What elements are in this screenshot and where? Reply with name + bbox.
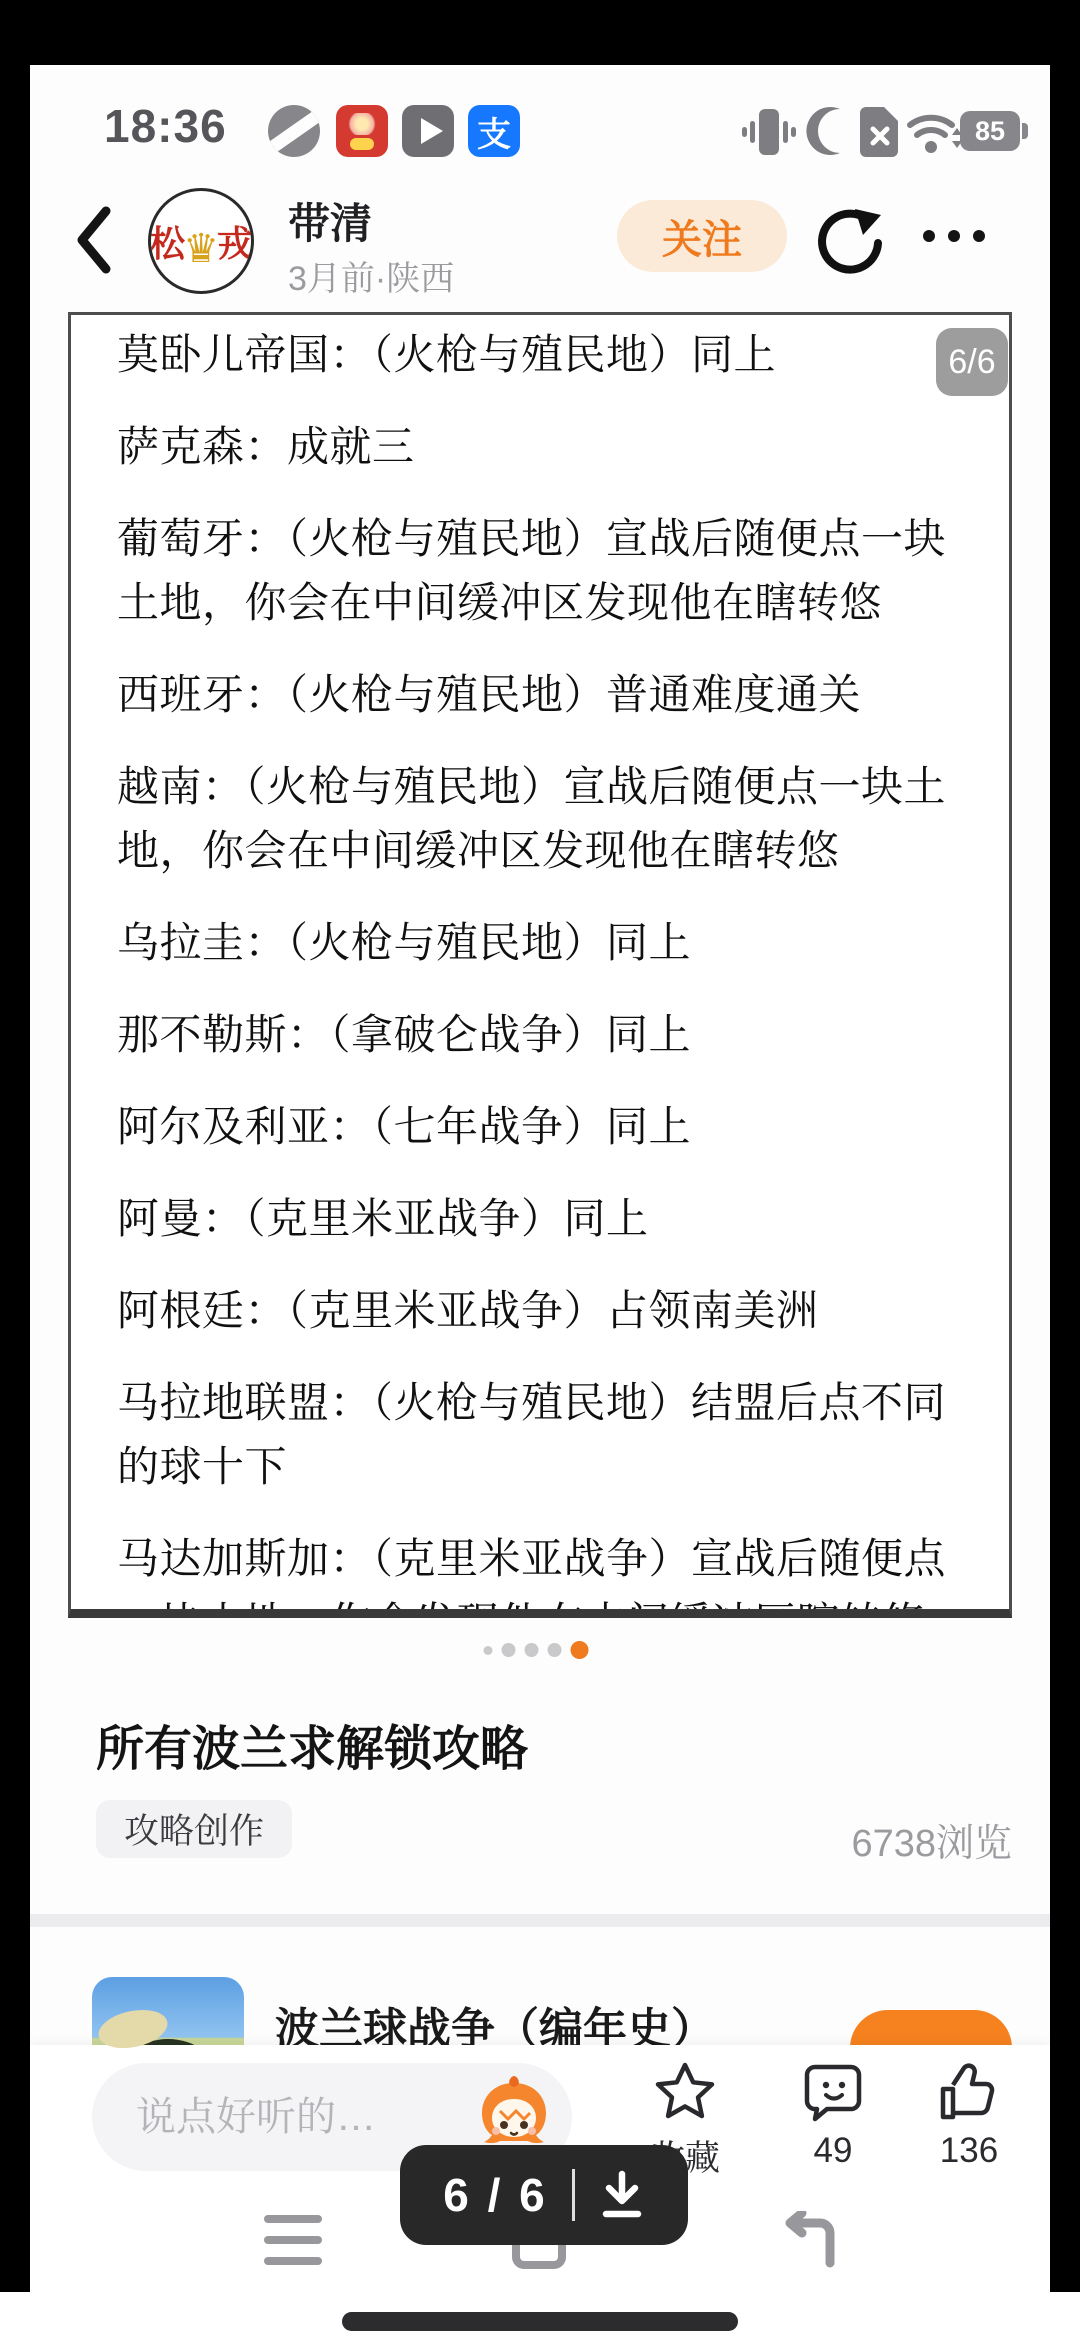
pill-divider bbox=[572, 2169, 575, 2221]
comment-bubble-icon bbox=[801, 2061, 865, 2123]
page-counter: 6 / 6 bbox=[443, 2168, 548, 2222]
guide-entry: 越南：（火枪与殖民地）宣战后随便点一块土地，你会在中间缓冲区发现他在瞎转悠 bbox=[117, 755, 963, 883]
comment-input[interactable] bbox=[134, 2094, 470, 2141]
follow-button[interactable]: 关注 bbox=[617, 200, 787, 272]
back-nav-icon[interactable] bbox=[778, 2211, 840, 2271]
home-indicator[interactable] bbox=[342, 2312, 738, 2331]
comment-count: 49 bbox=[814, 2131, 853, 2171]
do-not-disturb-moon-icon bbox=[802, 105, 854, 157]
page-count-badge: 6/6 bbox=[936, 328, 1008, 396]
guide-entry: 马拉地联盟：（火枪与殖民地）结盟后点不同的球十下 bbox=[117, 1371, 963, 1499]
guide-entry: 莫卧儿帝国：（火枪与殖民地）同上 bbox=[117, 323, 963, 387]
like-count: 136 bbox=[940, 2131, 998, 2171]
section-divider bbox=[30, 1914, 1050, 1927]
battery-icon: 85 bbox=[960, 111, 1020, 151]
carousel-image[interactable]: 莫卧儿帝国：（火枪与殖民地）同上萨克森：成就三葡萄牙：（火枪与殖民地）宣战后随便… bbox=[68, 312, 1012, 1618]
no-sim-icon bbox=[858, 105, 904, 157]
red-app-notification-icon bbox=[336, 105, 388, 157]
download-icon[interactable] bbox=[599, 2170, 645, 2220]
avatar-char-left: 松 bbox=[149, 216, 185, 267]
guide-entry: 阿曼：（克里米亚战争）同上 bbox=[117, 1187, 963, 1251]
more-icon[interactable] bbox=[923, 230, 985, 242]
guide-entry: 阿尔及利亚：（七年战争）同上 bbox=[117, 1095, 963, 1159]
comments-button[interactable]: 49 bbox=[778, 2061, 888, 2171]
like-button[interactable]: 136 bbox=[914, 2061, 1024, 2171]
guide-entry: 乌拉圭：（火枪与殖民地）同上 bbox=[117, 911, 963, 975]
view-count: 6738浏览 bbox=[851, 1812, 1012, 1867]
crown-icon: ♛ bbox=[183, 226, 219, 272]
star-icon bbox=[653, 2061, 717, 2123]
guide-entry: 阿根廷：（克里米亚战争）占领南美洲 bbox=[117, 1279, 963, 1343]
wifi-icon bbox=[906, 107, 964, 157]
guide-entry: 葡萄牙：（火枪与殖民地）宣战后随便点一块土地，你会在中间缓冲区发现他在瞎转悠 bbox=[117, 507, 963, 635]
post-meta: 3月前·陕西 bbox=[288, 251, 454, 300]
avatar-char-right: 戎 bbox=[217, 216, 253, 267]
guide-entry: 马达加斯加：（克里米亚战争）宣战后随便点一块土地，你会发现他在中间缓冲区瞎转悠 bbox=[117, 1527, 963, 1618]
ball-notification-icon bbox=[268, 105, 320, 157]
guide-entry: 那不勒斯：（拿破仑战争）同上 bbox=[117, 1003, 963, 1067]
clock: 18:36 bbox=[104, 99, 227, 153]
guide-entry: 西班牙：（火枪与殖民地）普通难度通关 bbox=[117, 663, 963, 727]
username[interactable]: 带清 bbox=[288, 191, 372, 251]
video-app-notification-icon bbox=[402, 105, 454, 157]
thumbs-up-icon bbox=[937, 2061, 1001, 2123]
vibrate-icon bbox=[742, 107, 796, 157]
guide-entry: 萨克森：成就三 bbox=[117, 415, 963, 479]
guide-text-list: 莫卧儿帝国：（火枪与殖民地）同上萨克森：成就三葡萄牙：（火枪与殖民地）宣战后随便… bbox=[71, 315, 1009, 1618]
pager-pill: 6 / 6 bbox=[400, 2145, 688, 2245]
share-icon[interactable] bbox=[815, 203, 887, 279]
back-icon[interactable] bbox=[72, 205, 116, 275]
phone-screen: 18:36 支 85 松 ♛ 戎 带清 3月前·陕西 关注 莫卧儿帝国：（火枪与… bbox=[30, 65, 1050, 2292]
menu-nav-icon[interactable] bbox=[264, 2215, 322, 2265]
avatar[interactable]: 松 ♛ 戎 bbox=[148, 188, 254, 294]
page-title: 所有波兰求解锁攻略 bbox=[96, 1710, 528, 1779]
tag-chip[interactable]: 攻略创作 bbox=[96, 1800, 292, 1858]
carousel-dots bbox=[484, 1640, 589, 1660]
alipay-notification-icon: 支 bbox=[468, 105, 520, 157]
